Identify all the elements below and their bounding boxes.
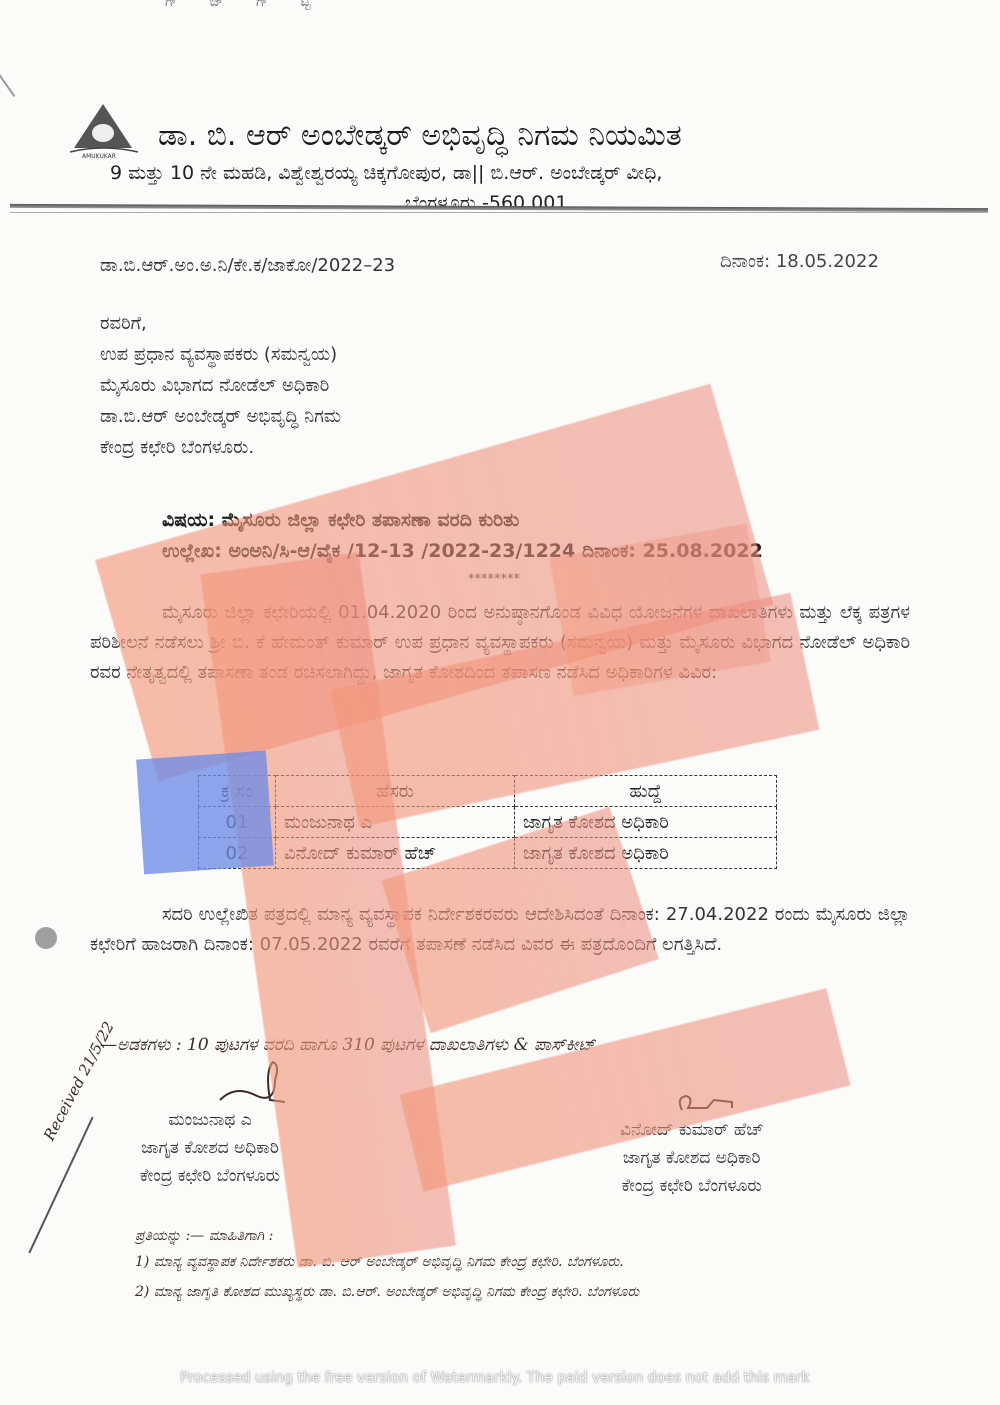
margin-stroke xyxy=(28,1117,93,1254)
received-margin-note: Received 21/5/22 xyxy=(40,1019,118,1144)
organization-logo-icon: AMUKUKAR xyxy=(68,100,148,162)
signatory-name: ಮಂಜುನಾಥ ಎ xyxy=(140,1106,280,1134)
copy-to-heading: ಪ್ರತಿಯನ್ನು :— ಮಾಹಿತಿಗಾಗಿ : xyxy=(135,1223,815,1249)
svg-text:AMUKUKAR: AMUKUKAR xyxy=(82,153,116,160)
signatory-office: ಕೇಂದ್ರ ಕಛೇರಿ ಬೆಂಗಳೂರು xyxy=(620,1172,763,1200)
watermark-text: Processed using the free version of Wate… xyxy=(180,1370,810,1386)
letter-date: ದಿನಾಂಕ: 18.05.2022 xyxy=(720,251,879,272)
addressee-block: ರವರಿಗೆ, ಉಪ ಪ್ರಧಾನ ವ್ಯವಸ್ಥಾಪಕರು (ಸಮನ್ವಯ) … xyxy=(100,308,341,463)
reference-number: ಡಾ.ಬಿ.ಆರ್.ಅಂ.ಅ.ನಿ/ಕೇ.ಕ/ಜಾಕೋ/2022–23 xyxy=(100,255,395,276)
copy-to-block: ಪ್ರತಿಯನ್ನು :— ಮಾಹಿತಿಗಾಗಿ : 1) ಮಾನ್ಯ ವ್ಯವ… xyxy=(135,1223,815,1305)
ink-blot xyxy=(35,927,57,949)
addressee-line: ರವರಿಗೆ, xyxy=(100,308,341,339)
signatory-left: ಮಂಜುನಾಥ ಎ ಜಾಗೃತ ಕೋಶದ ಅಧಿಕಾರಿ ಕೇಂದ್ರ ಕಛೇರ… xyxy=(140,1106,280,1190)
copy-to-item: 2) ಮಾನ್ಯ ಜಾಗೃತಿ ಕೋಶದ ಮುಖ್ಯಸ್ಥರು ಡಾ. ಬಿ.ಆ… xyxy=(135,1279,815,1305)
organization-address-line1: 9 ಮತ್ತು 10 ನೇ ಮಹಡಿ, ವಿಶ್ವೇಶ್ವರಯ್ಯ ಚಿಕ್ಕಗ… xyxy=(110,162,662,184)
organization-name: ಡಾ. ಬಿ. ಆರ್ ಅಂಬೇಡ್ಕರ್ ಅಭಿವೃದ್ಧಿ ನಿಗಮ ನಿಯ… xyxy=(158,118,682,153)
addressee-line: ಉಪ ಪ್ರಧಾನ ವ್ಯವಸ್ಥಾಪಕರು (ಸಮನ್ವಯ) xyxy=(100,339,341,370)
signatory-designation: ಜಾಗೃತ ಕೋಶದ ಅಧಿಕಾರಿ xyxy=(140,1134,280,1162)
addressee-line: ಡಾ.ಬಿ.ಆರ್ ಅಂಬೇಡ್ಕರ್ ಅಭಿವೃದ್ಧಿ ನಿಗಮ xyxy=(100,401,341,432)
pen-scratch xyxy=(0,63,15,97)
highlight-overlay-blue xyxy=(136,751,274,875)
organization-address-line2: ಬೆಂಗಳೂರು -560 001 xyxy=(405,192,567,214)
top-cut-text: ಗ್ ಜ್ ಗ್ ಟ್ಟ xyxy=(165,0,325,10)
addressee-line: ಮೈಸೂರು ವಿಭಾಗದ ನೋಡೆಲ್ ಅಧಿಕಾರಿ xyxy=(100,370,341,401)
signatory-designation: ಜಾಗೃತ ಕೋಶದ ಅಧಿಕಾರಿ xyxy=(620,1144,763,1172)
addressee-line: ಕೇಂದ್ರ ಕಛೇರಿ ಬೆಂಗಳೂರು. xyxy=(100,432,341,463)
signatory-office: ಕೇಂದ್ರ ಕಛೇರಿ ಬೆಂಗಳೂರು xyxy=(140,1162,280,1190)
copy-to-item: 1) ಮಾನ್ಯ ವ್ಯವಸ್ಥಾಪಕ ನಿರ್ದೇಶಕರು ಡಾ. ಬಿ. ಆ… xyxy=(135,1249,815,1275)
letterhead-divider-thin xyxy=(10,212,988,213)
